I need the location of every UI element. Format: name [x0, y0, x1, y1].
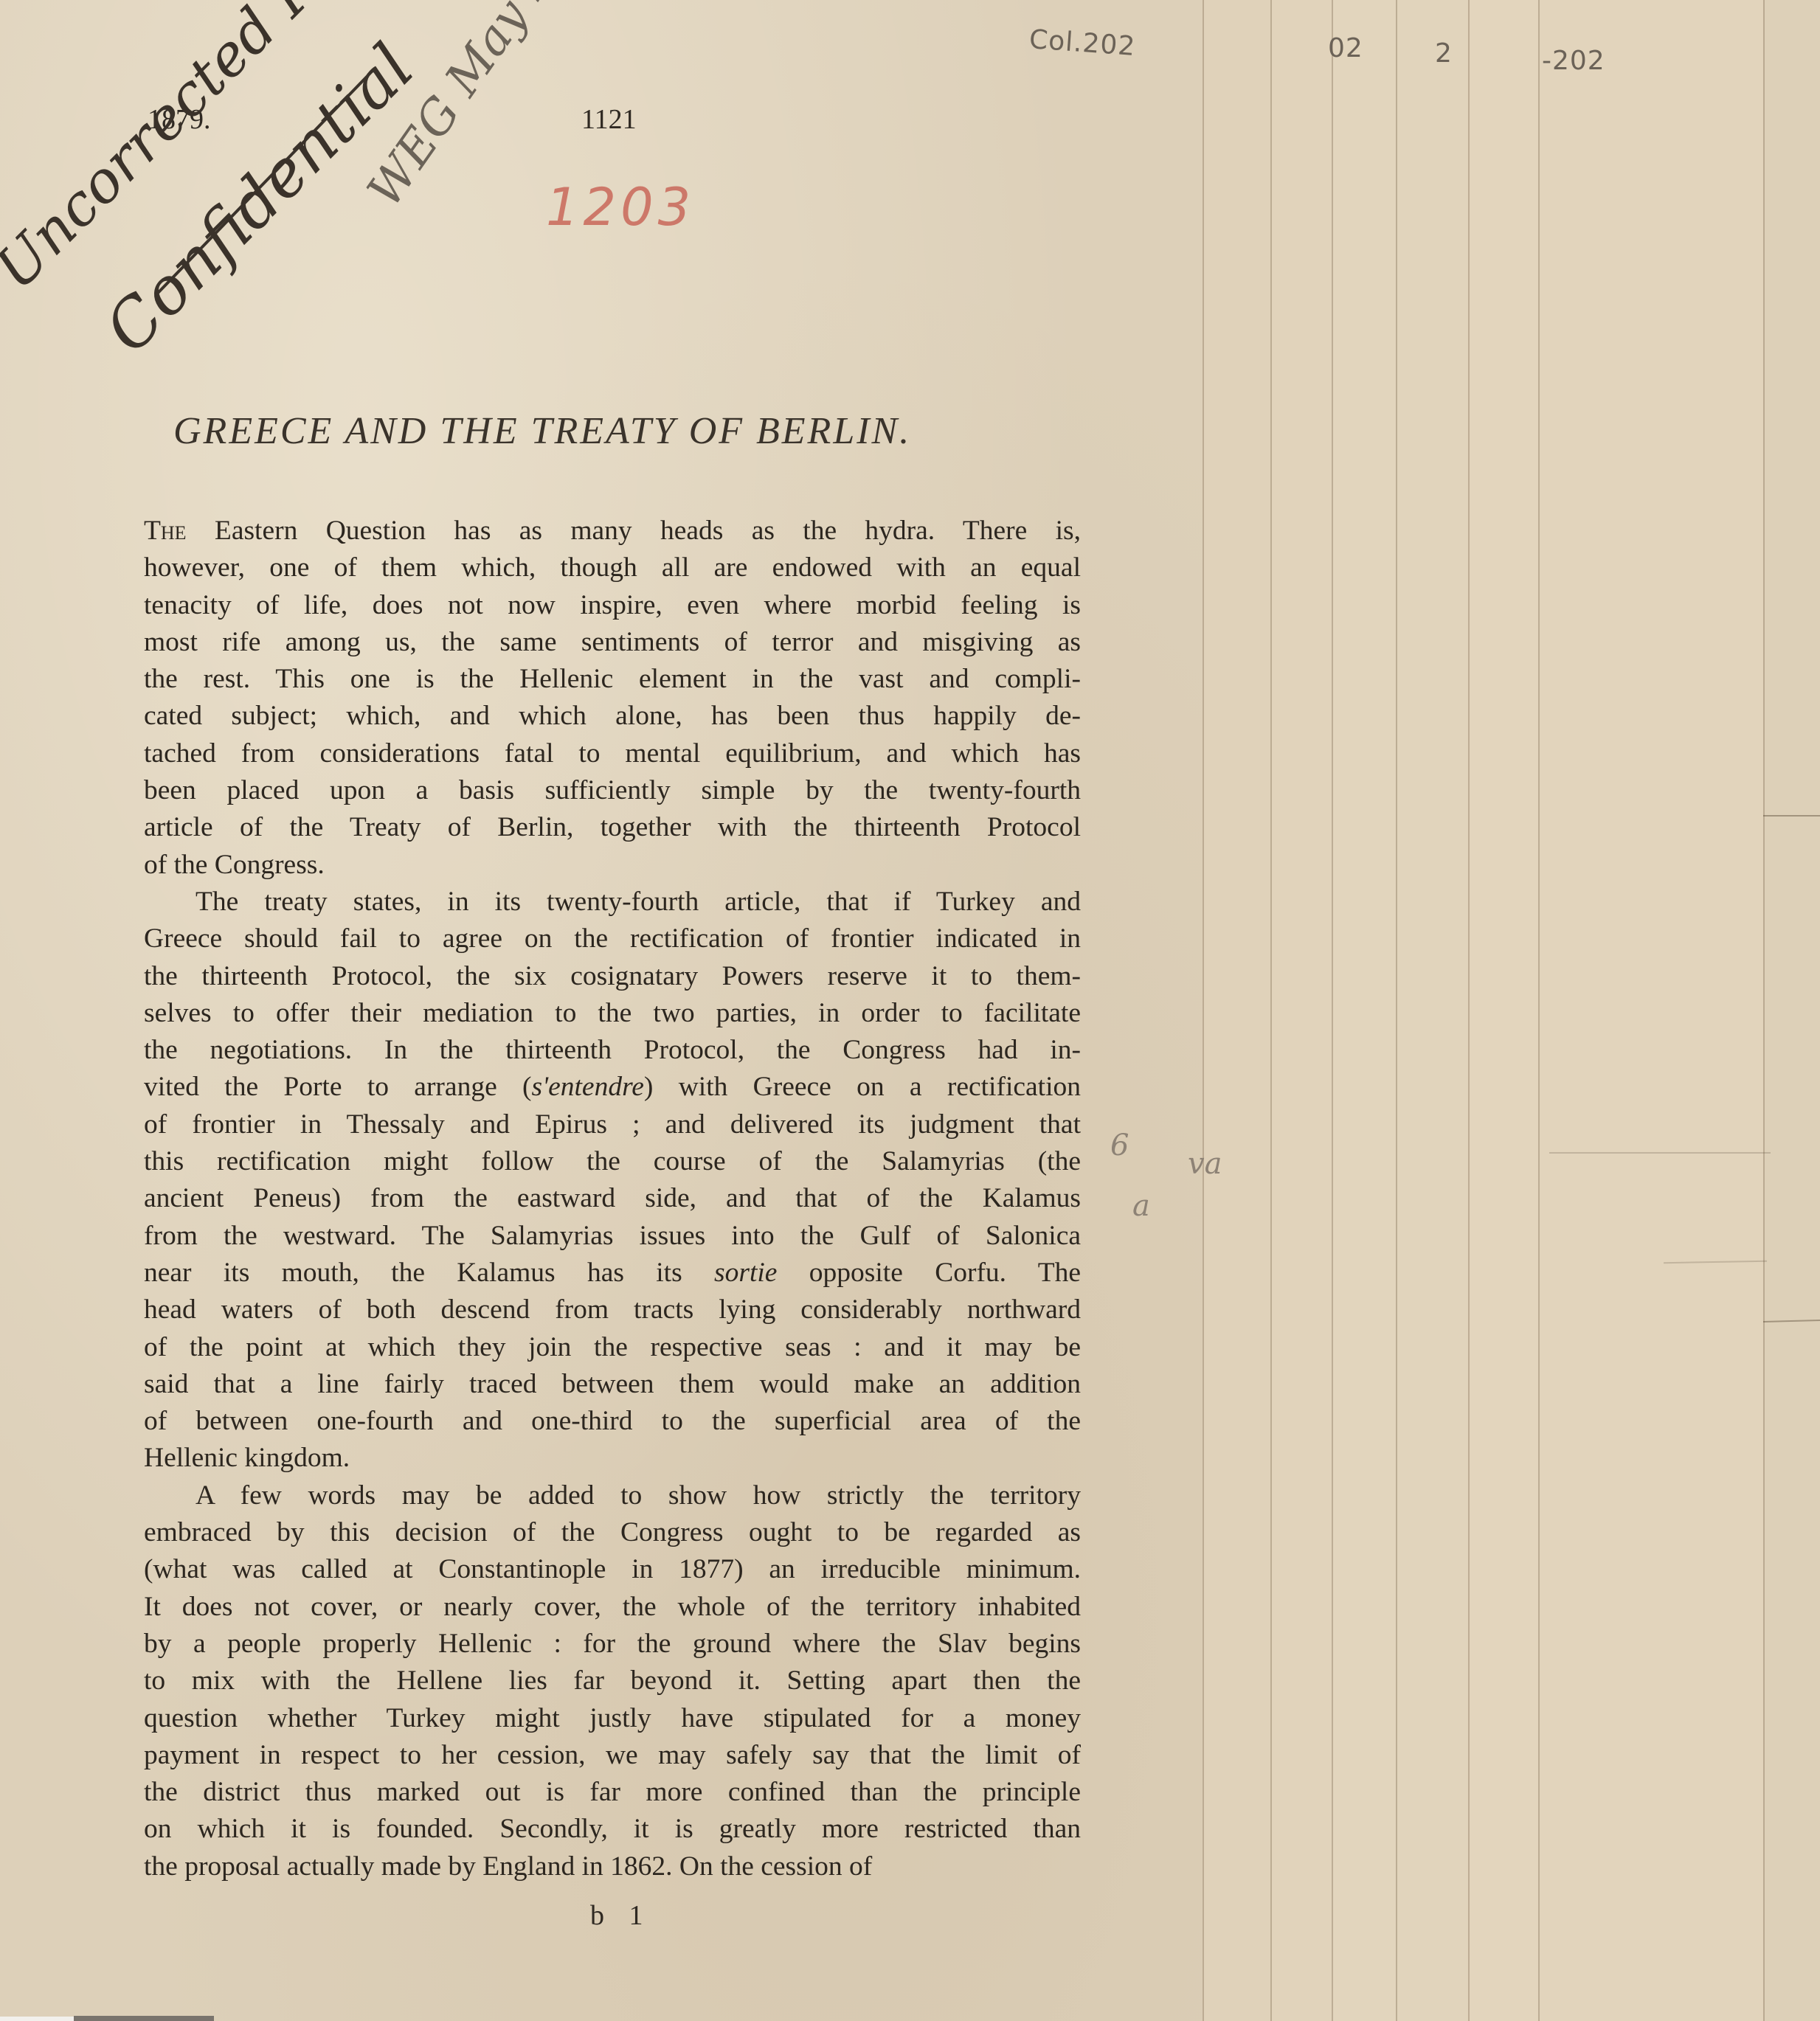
red-reference-number: 1203 [546, 177, 695, 238]
margin-pencil-mark: 6 [1110, 1129, 1129, 1162]
text-line: It does not cover, or nearly cover, the … [144, 1589, 1081, 1626]
scan-edge [74, 2016, 214, 2021]
paragraph: The treaty states, in its twenty-fourth … [144, 884, 1081, 1477]
text-line: most rife among us, the same sentiments … [144, 624, 1081, 661]
text-line: been placed upon a basis sufficiently si… [144, 772, 1081, 809]
page-edge-7 [1763, 0, 1820, 2021]
text-line: near its mouth, the Kalamus has its sort… [144, 1255, 1081, 1292]
fold-line [1549, 1152, 1771, 1154]
text-line: said that a line fairly traced between t… [144, 1366, 1081, 1403]
text-line: ancient Peneus) from the eastward side, … [144, 1180, 1081, 1217]
text-line: the negotiations. In the thirteenth Prot… [144, 1032, 1081, 1069]
text-line: article of the Treaty of Berlin, togethe… [144, 809, 1081, 846]
text-line: the rest. This one is the Hellenic eleme… [144, 661, 1081, 698]
article-body: The Eastern Question has as many heads a… [144, 513, 1081, 1885]
page-number: 1121 [581, 103, 637, 136]
text-line: of the Congress. [144, 847, 1081, 884]
text-line: of between one-fourth and one-third to t… [144, 1403, 1081, 1440]
text-line: from the westward. The Salamyrias issues… [144, 1218, 1081, 1255]
text-line: Hellenic kingdom. [144, 1440, 1081, 1477]
archive-ref: 02 [1328, 33, 1363, 63]
article-title: GREECE AND THE TREATY OF BERLIN. [173, 409, 1059, 453]
text-line: on which it is founded. Secondly, it is … [144, 1811, 1081, 1848]
text-line: The treaty states, in its twenty-fourth … [144, 884, 1081, 921]
text-line: by a people properly Hellenic : for the … [144, 1626, 1081, 1663]
text-line: tenacity of life, does not now inspire, … [144, 587, 1081, 624]
text-line: tached from considerations fatal to ment… [144, 735, 1081, 772]
text-line: The Eastern Question has as many heads a… [144, 513, 1081, 550]
text-line: A few words may be added to show how str… [144, 1477, 1081, 1514]
text-line: however, one of them which, though all a… [144, 550, 1081, 586]
text-line: of frontier in Thessaly and Epirus ; and… [144, 1106, 1081, 1143]
text-line: head waters of both descend from tracts … [144, 1292, 1081, 1328]
text-line: the district thus marked out is far more… [144, 1774, 1081, 1811]
fold-line [1763, 815, 1820, 817]
text-line: question whether Turkey might justly hav… [144, 1700, 1081, 1737]
text-line: payment in respect to her cession, we ma… [144, 1737, 1081, 1774]
text-line: embraced by this decision of the Congres… [144, 1514, 1081, 1551]
paragraph: A few words may be added to show how str… [144, 1477, 1081, 1885]
scan-edge [0, 2017, 74, 2021]
text-line: the thirteenth Protocol, the six cosigna… [144, 958, 1081, 995]
margin-pencil-mark: va [1188, 1147, 1222, 1181]
text-line: selves to offer their mediation to the t… [144, 995, 1081, 1032]
paragraph: The Eastern Question has as many heads a… [144, 513, 1081, 884]
archive-ref: 2 [1435, 38, 1453, 69]
text-line: the proposal actually made by England in… [144, 1848, 1081, 1885]
margin-pencil-mark: a [1132, 1189, 1150, 1223]
text-line: this rectification might follow the cour… [144, 1143, 1081, 1180]
text-line: vited the Porte to arrange (s'entendre) … [144, 1069, 1081, 1106]
text-line: of the point at which they join the resp… [144, 1329, 1081, 1366]
archive-ref: -202 [1542, 46, 1605, 76]
text-line: cated subject; which, and which alone, h… [144, 698, 1081, 735]
text-line: to mix with the Hellene lies far beyond … [144, 1663, 1081, 1699]
text-line: (what was called at Constantinople in 18… [144, 1551, 1081, 1588]
signature-mark: b 1 [590, 1899, 652, 1932]
text-line: Greece should fail to agree on the recti… [144, 921, 1081, 957]
